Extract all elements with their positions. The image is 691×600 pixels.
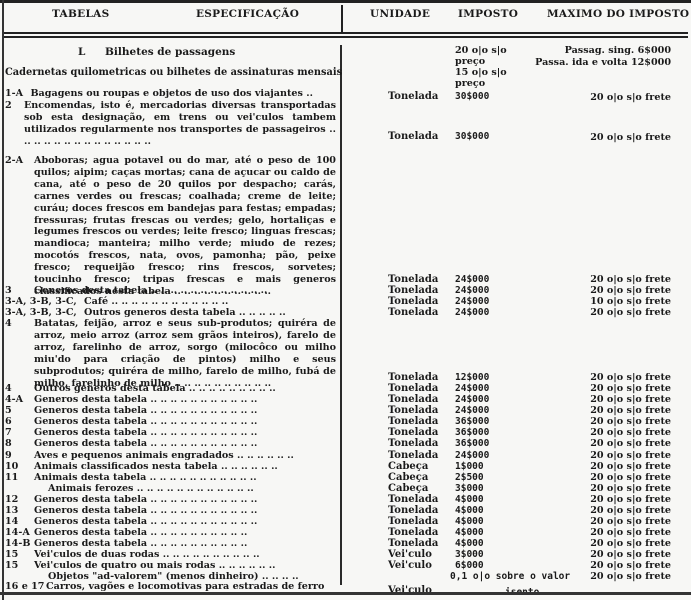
document-page: TABELAS ESPECIFICAÇÃO UNIDADE IMPOSTO MA… xyxy=(0,0,691,600)
row-number: 11 xyxy=(5,472,18,484)
row-spec: Bagagens ou roupas e objetos de uso dos … xyxy=(30,88,312,99)
row-number: 4 xyxy=(5,318,12,330)
cadernetas-imposto-4: preço xyxy=(455,78,485,90)
header-maximo: MAXIMO DO IMPOSTO xyxy=(547,8,689,20)
header-column-divider xyxy=(341,5,343,33)
header-imposto: IMPOSTO xyxy=(458,8,518,20)
header-especificacao: ESPECIFICAÇÃO xyxy=(196,8,299,20)
row-imposto: 36$000 xyxy=(455,438,489,450)
cadernetas-max-1: Passag. sing. 6$000 xyxy=(565,45,671,57)
column-divider xyxy=(340,45,342,585)
section-title: L Bilhetes de passagens xyxy=(78,46,235,58)
section-name: Bilhetes de passagens xyxy=(105,46,235,58)
row-spec: Aboboras; agua potavel ou do mar, até o … xyxy=(34,155,336,298)
header-unidade: UNIDADE xyxy=(370,8,430,20)
row-unidade: Tonelada xyxy=(388,438,438,450)
row-unidade: Tonelada xyxy=(388,307,438,319)
row-imposto: 30$000 xyxy=(455,131,489,143)
bottom-rule xyxy=(0,592,691,595)
row-spec: Generos desta tabela .. .. .. .. .. .. .… xyxy=(34,438,257,450)
row-number: 2 xyxy=(5,100,12,112)
cadernetas-max-2: Passa. ida e volta 12$000 xyxy=(535,57,671,69)
row-unidade: Tonelada xyxy=(388,91,438,103)
row-maximo: 20 o|o s|o frete xyxy=(590,438,671,450)
row-maximo: 20 o|o s|o frete xyxy=(590,571,671,583)
row-number: 8 xyxy=(5,438,12,450)
row-unidade: Tonelada xyxy=(388,131,438,143)
row-imposto: 30$000 xyxy=(455,91,489,103)
row-unidade: Vei'culo xyxy=(388,585,432,597)
table-row: 1-A Bagagens ou roupas e objetos de uso … xyxy=(5,88,313,100)
row-maximo: 20 o|o s|o frete xyxy=(590,92,671,104)
header-tabelas: TABELAS xyxy=(52,8,109,20)
section-letter: L xyxy=(78,46,85,58)
header-rule-1 xyxy=(4,32,688,34)
row-number: 15 xyxy=(5,560,18,572)
row-imposto: 24$000 xyxy=(455,307,489,319)
row-maximo: 20 o|o s|o frete xyxy=(590,307,671,319)
top-rule xyxy=(0,0,691,3)
cadernetas-spec: Cadernetas quilometricas ou bilhetes de … xyxy=(5,67,342,79)
header-rule-2 xyxy=(4,36,688,38)
row-imposto: 0,1 o|o sobre o valor xyxy=(450,571,570,583)
row-spec: Batatas, feijão, arroz e seus sub-produt… xyxy=(34,318,336,389)
left-rule xyxy=(2,0,4,600)
row-unidade: Vei'culo xyxy=(388,560,432,572)
row-spec: Encomendas, isto é, mercadorias diversas… xyxy=(24,100,336,148)
row-number: 2-A xyxy=(5,155,23,167)
row-maximo: 20 o|o s|o frete xyxy=(590,132,671,144)
row-number: 1-A xyxy=(5,88,23,99)
